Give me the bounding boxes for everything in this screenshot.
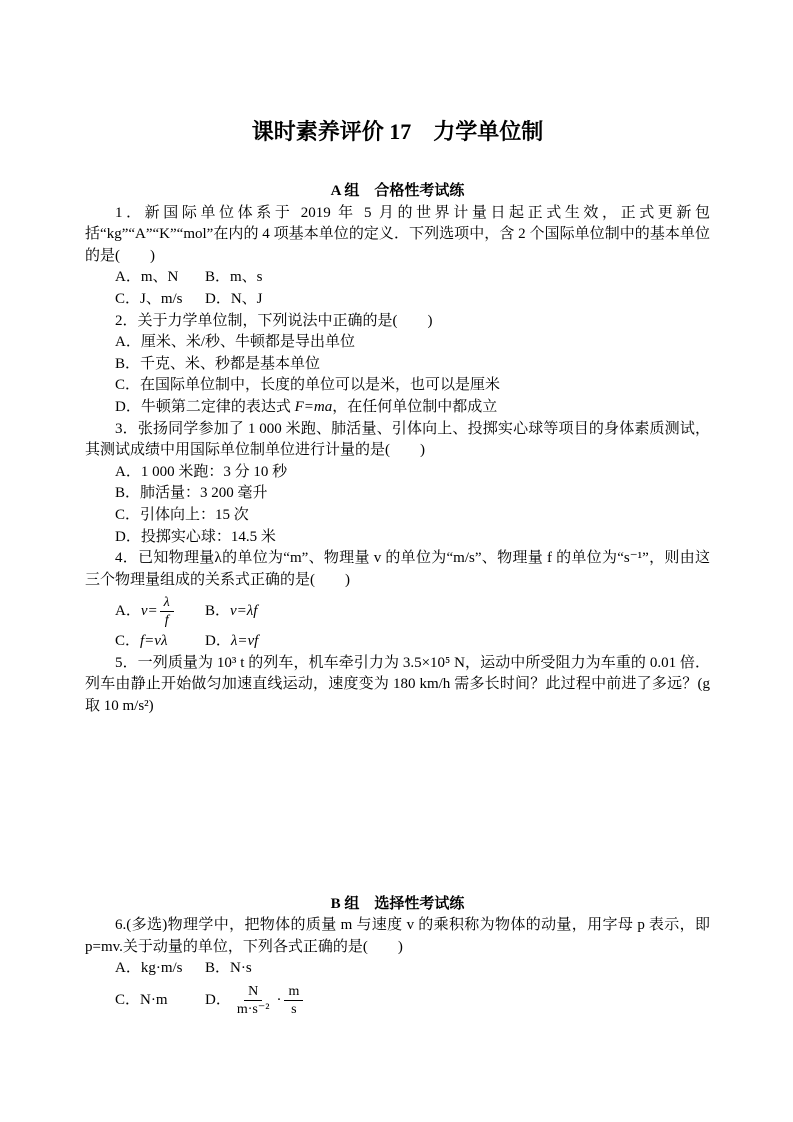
option-4d-label: D． xyxy=(205,633,231,649)
question-6-options-cd: C．N·mD．Nm·s⁻²·ms xyxy=(85,980,710,1020)
section-b-header: B 组 选择性考试练 xyxy=(85,894,710,916)
option-4a: A．v=λf xyxy=(115,595,205,628)
question-5: 5．一列质量为 10³ t 的列车，机车牵引力为 3.5×10⁵ N，运动中所受… xyxy=(85,653,710,718)
option-6d-label: D． xyxy=(205,992,231,1008)
option-4d: D．λ=vf xyxy=(205,633,258,649)
option-4b: B．v=λf xyxy=(205,603,257,619)
option-3d: D．投掷实心球：14.5 米 xyxy=(85,527,710,549)
option-6d: D．Nm·s⁻²·ms xyxy=(205,992,305,1008)
option-2d-text: D．牛顿第二定律的表达式 xyxy=(115,399,295,415)
option-4c: C．f=vλ xyxy=(115,631,205,653)
question-1: 1．新国际单位体系于 2019 年 5 月的世界计量日起正式生效，正式更新包括“… xyxy=(85,203,710,311)
fraction-numerator: m xyxy=(284,984,303,1001)
option-4a-eq: v= xyxy=(141,603,158,619)
question-3: 3．张扬同学参加了 1 000 米跑、肺活量、引体向上、投掷实心球等项目的身体素… xyxy=(85,419,710,549)
option-2c: C．在国际单位制中，长度的单位可以是米，也可以是厘米 xyxy=(85,375,710,397)
question-1-stem: 1．新国际单位体系于 2019 年 5 月的世界计量日起正式生效，正式更新包括“… xyxy=(85,203,710,268)
option-3a: A．1 000 米跑：3 分 10 秒 xyxy=(85,462,710,484)
question-1-options-cd: C．J、m/sD．N、J xyxy=(85,289,710,311)
fraction-numerator: N xyxy=(244,984,262,1001)
option-3c: C．引体向上：15 次 xyxy=(85,505,710,527)
option-2d: D．牛顿第二定律的表达式 F=ma，在任何单位制中都成立 xyxy=(85,397,710,419)
option-6c: C．N·m xyxy=(115,990,205,1012)
option-4a-label: A． xyxy=(115,603,141,619)
question-6-options-ab: A．kg·m/sB．N·s xyxy=(85,958,710,980)
question-6-stem: 6.(多选)物理学中，把物体的质量 m 与速度 v 的乘积称为物体的动量，用字母… xyxy=(85,915,710,958)
question-4: 4．已知物理量λ的单位为“m”、物理量 v 的单位为“m/s”、物理量 f 的单… xyxy=(85,548,710,653)
fraction-denominator: f xyxy=(161,612,173,628)
fraction-denominator: m·s⁻² xyxy=(233,1001,274,1017)
option-6a: A．kg·m/s xyxy=(115,958,205,980)
question-3-stem: 3．张扬同学参加了 1 000 米跑、肺活量、引体向上、投掷实心球等项目的身体素… xyxy=(85,419,710,462)
fraction-denominator: s xyxy=(287,1001,300,1017)
question-4-stem: 4．已知物理量λ的单位为“m”、物理量 v 的单位为“m/s”、物理量 f 的单… xyxy=(85,548,710,591)
option-1d: D．N、J xyxy=(205,291,263,307)
option-2d-formula: F=ma xyxy=(295,399,333,415)
question-6: 6.(多选)物理学中，把物体的质量 m 与速度 v 的乘积称为物体的动量，用字母… xyxy=(85,915,710,1020)
page-title: 课时素养评价 17 力学单位制 xyxy=(85,117,710,147)
option-4c-formula: f=vλ xyxy=(140,633,167,649)
question-1-options-ab: A．m、NB．m、s xyxy=(85,267,710,289)
multiplication-dot: · xyxy=(275,992,282,1008)
option-4b-formula: v=λf xyxy=(230,603,257,619)
option-2d-tail: ，在任何单位制中都成立 xyxy=(332,399,497,415)
option-6b: B．N·s xyxy=(205,960,252,976)
fraction-numerator: λ xyxy=(160,595,174,612)
option-1a: A．m、N xyxy=(115,267,205,289)
option-2a: A．厘米、米/秒、牛顿都是导出单位 xyxy=(85,332,710,354)
question-4-options-ab: A．v=λfB．v=λf xyxy=(85,591,710,631)
option-3b: B．肺活量：3 200 毫升 xyxy=(85,483,710,505)
option-4a-fraction: λf xyxy=(160,595,174,628)
question-4-options-cd: C．f=vλD．λ=vf xyxy=(85,631,710,653)
option-2b: B．千克、米、秒都是基本单位 xyxy=(85,354,710,376)
option-6d-fraction-1: Nm·s⁻² xyxy=(233,984,274,1017)
section-a-header: A 组 合格性考试练 xyxy=(85,181,710,203)
option-1b: B．m、s xyxy=(205,269,263,285)
option-4c-label: C． xyxy=(115,633,140,649)
option-1c: C．J、m/s xyxy=(115,289,205,311)
question-5-stem: 5．一列质量为 10³ t 的列车，机车牵引力为 3.5×10⁵ N，运动中所受… xyxy=(85,653,710,718)
worksheet-page: 课时素养评价 17 力学单位制 A 组 合格性考试练 1．新国际单位体系于 20… xyxy=(0,0,793,1122)
option-4d-formula: λ=vf xyxy=(231,633,258,649)
option-4b-label: B． xyxy=(205,603,230,619)
question-2: 2．关于力学单位制，下列说法中正确的是( ) A．厘米、米/秒、牛顿都是导出单位… xyxy=(85,311,710,419)
question-2-stem: 2．关于力学单位制，下列说法中正确的是( ) xyxy=(85,311,710,333)
option-6d-fraction-2: ms xyxy=(284,984,303,1017)
